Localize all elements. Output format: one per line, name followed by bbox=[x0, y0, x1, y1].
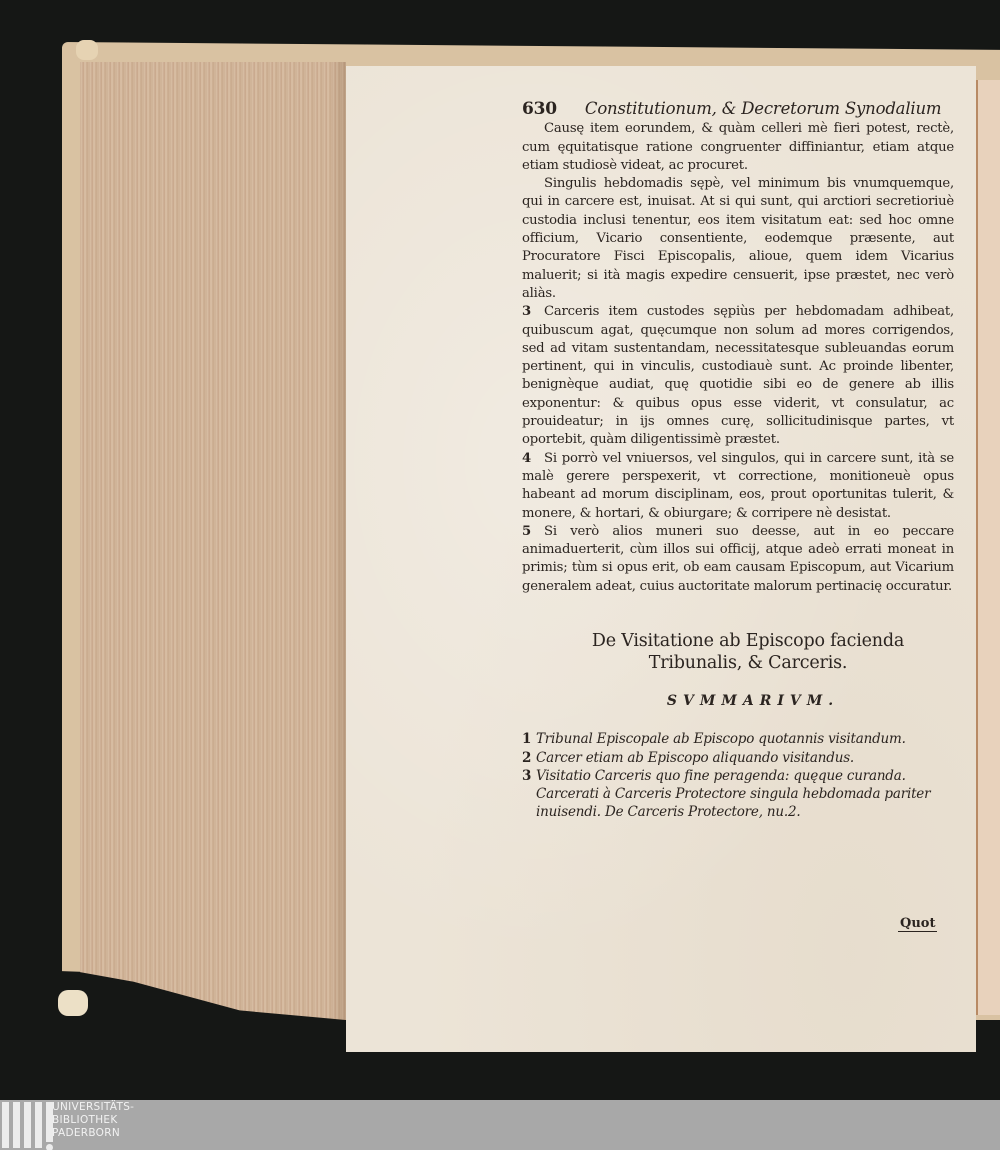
paragraph: Causę item eorundem, & quàm celleri mè f… bbox=[522, 120, 954, 175]
library-name: UNIVERSITÄTS- BIBLIOTHEK PADERBORN bbox=[52, 1101, 134, 1140]
summary-item-number: 1 bbox=[522, 730, 536, 748]
page-text-block: 630 Constitutionum, & Decretorum Synodal… bbox=[522, 100, 954, 821]
summary-item-number bbox=[522, 785, 536, 821]
numbered-paragraph: 4Si porrò vel vniuersos, vel singulos, q… bbox=[522, 450, 954, 523]
numbered-paragraph: 5Si verò alios muneri suo deesse, aut in… bbox=[522, 523, 954, 596]
logo-bar-icon bbox=[35, 1102, 42, 1148]
logo-bar-icon bbox=[24, 1102, 31, 1148]
summary-list: 1 Tribunal Episcopale ab Episcopo quotan… bbox=[522, 730, 954, 821]
paragraph-text: Si verò alios muneri suo deesse, aut in … bbox=[522, 524, 954, 594]
summary-item-text: Tribunal Episcopale ab Episcopo quotanni… bbox=[536, 730, 954, 748]
running-head: 630 Constitutionum, & Decretorum Synodal… bbox=[522, 100, 954, 118]
fore-edge-shadow bbox=[330, 62, 346, 1020]
library-logo-icon bbox=[2, 1100, 53, 1150]
logo-bar-icon bbox=[2, 1102, 9, 1148]
summary-item-text: Visitatio Carceris quo fine peragenda: q… bbox=[536, 767, 954, 785]
page-number: 630 bbox=[522, 100, 557, 118]
footer-banner bbox=[0, 1100, 1000, 1150]
paragraph-text: Causę item eorundem, & quàm celleri mè f… bbox=[522, 121, 954, 173]
next-page-edge bbox=[976, 80, 1000, 1015]
library-name-line: UNIVERSITÄTS- bbox=[52, 1101, 134, 1114]
library-name-line: BIBLIOTHEK bbox=[52, 1114, 134, 1127]
summary-item: 1 Tribunal Episcopale ab Episcopo quotan… bbox=[522, 730, 954, 748]
summary-item: 2 Carcer etiam ab Episcopo aliquando vis… bbox=[522, 749, 954, 767]
paragraph-number: 3 bbox=[522, 303, 544, 321]
paragraph-text: Carceris item custodes sępiùs per hebdom… bbox=[522, 304, 954, 447]
paragraph-number: 5 bbox=[522, 523, 544, 541]
summary-item: 3 Visitatio Carceris quo fine peragenda:… bbox=[522, 767, 954, 785]
running-head-title: Constitutionum, & Decretorum Synodalium bbox=[585, 100, 941, 118]
paragraph-text: Si porrò vel vniuersos, vel singulos, qu… bbox=[522, 451, 954, 521]
paragraph: Singulis hebdomadis sępè, vel minimum bi… bbox=[522, 175, 954, 303]
summary-item: Carcerati à Carceris Protectore singula … bbox=[522, 785, 954, 821]
logo-bar-icon bbox=[13, 1102, 20, 1148]
binding-corner-top bbox=[76, 40, 98, 60]
summary-title: SVMMARIVM. bbox=[552, 692, 954, 710]
paragraph-text: Singulis hebdomadis sępè, vel minimum bi… bbox=[522, 176, 954, 301]
section-heading: De Visitatione ab Episcopo facienda Trib… bbox=[560, 630, 936, 674]
summary-item-number: 2 bbox=[522, 749, 536, 767]
numbered-paragraph: 3Carceris item custodes sępiùs per hebdo… bbox=[522, 303, 954, 449]
paragraph-number: 4 bbox=[522, 450, 544, 468]
summary-item-text: Carcer etiam ab Episcopo aliquando visit… bbox=[536, 749, 954, 767]
summary-item-number: 3 bbox=[522, 767, 536, 785]
book-fore-edge bbox=[80, 62, 346, 1020]
catchword: Quot bbox=[898, 916, 937, 932]
summary-item-text: Carcerati à Carceris Protectore singula … bbox=[536, 785, 954, 821]
binding-corner-bottom bbox=[58, 990, 88, 1016]
library-name-line: PADERBORN bbox=[52, 1127, 134, 1140]
logo-dot-icon bbox=[46, 1144, 53, 1150]
